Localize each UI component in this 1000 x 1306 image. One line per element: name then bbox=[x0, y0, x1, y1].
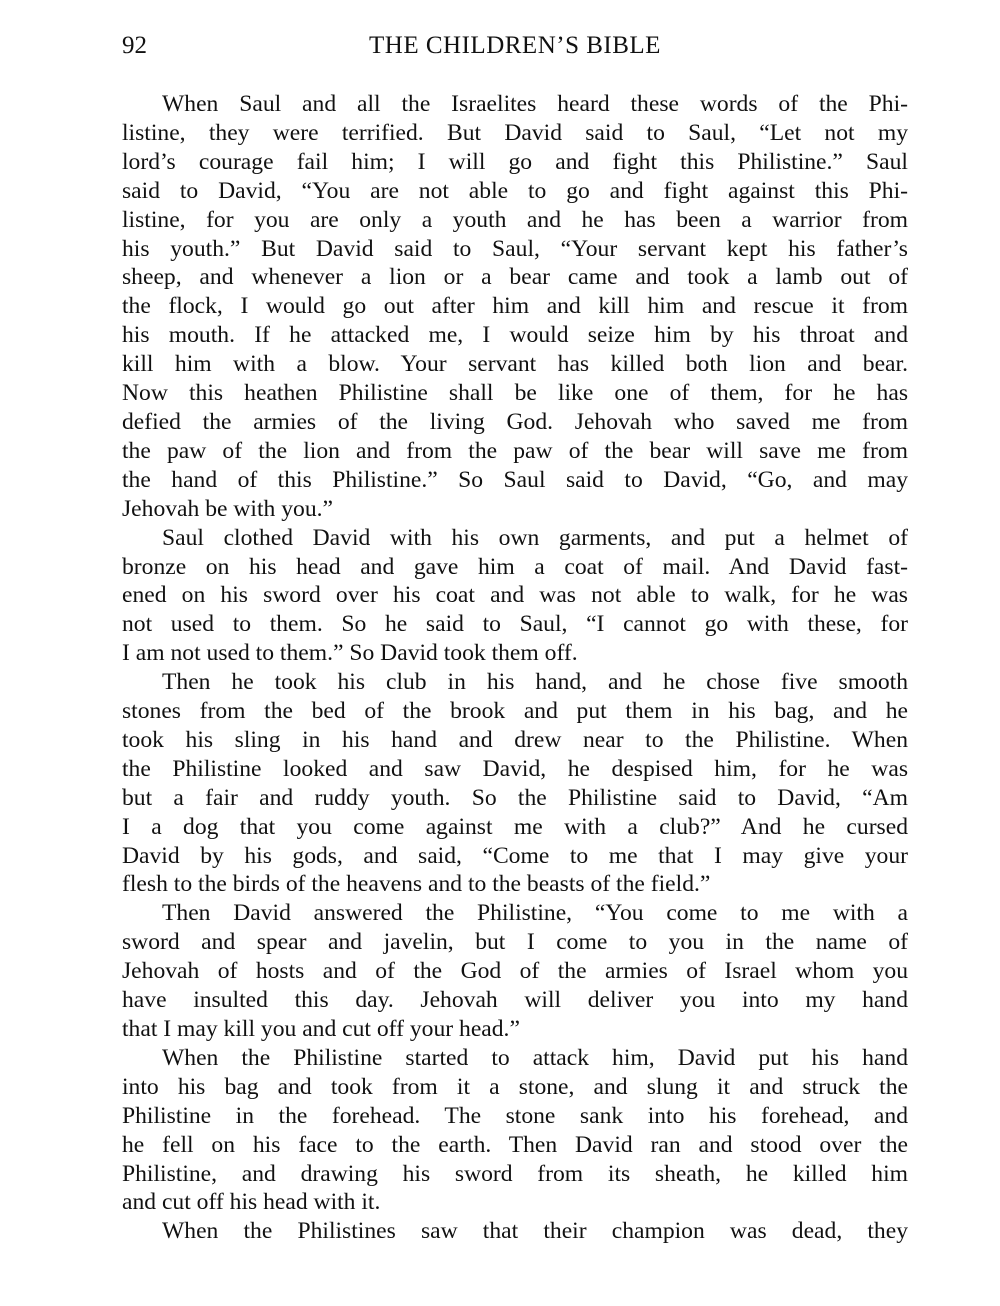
paragraph: When the Philistines saw that their cham… bbox=[122, 1217, 908, 1246]
text-line: listine, for you are only a youth and he… bbox=[122, 206, 908, 235]
text-line: into his bag and took from it a stone, a… bbox=[122, 1073, 908, 1102]
text-line: When Saul and all the Israelites heard t… bbox=[122, 90, 908, 119]
running-title: THE CHILDREN’S BIBLE bbox=[122, 32, 908, 60]
paragraph: Then David answered the Philistine, “You… bbox=[122, 899, 908, 1044]
text-line: kill him with a blow. Your servant has k… bbox=[122, 350, 908, 379]
paragraph: Saul clothed David with his own garments… bbox=[122, 524, 908, 669]
text-line: When the Philistine started to attack hi… bbox=[122, 1044, 908, 1073]
text-line: the Philistine looked and saw David, he … bbox=[122, 755, 908, 784]
text-line: stones from the bed of the brook and put… bbox=[122, 697, 908, 726]
paragraph: When the Philistine started to attack hi… bbox=[122, 1044, 908, 1217]
text-line: Saul clothed David with his own garments… bbox=[122, 524, 908, 553]
book-page: 92 THE CHILDREN’S BIBLE When Saul and al… bbox=[122, 30, 908, 1246]
text-line: defied the armies of the living God. Jeh… bbox=[122, 408, 908, 437]
text-line: ened on his sword over his coat and was … bbox=[122, 581, 908, 610]
text-line: Then he took his club in his hand, and h… bbox=[122, 668, 908, 697]
text-line: he fell on his face to the earth. Then D… bbox=[122, 1131, 908, 1160]
text-line: listine, they were terrified. But David … bbox=[122, 119, 908, 148]
paragraph: When Saul and all the Israelites heard t… bbox=[122, 90, 908, 524]
text-line: flesh to the birds of the heavens and to… bbox=[122, 870, 908, 899]
text-line: and cut off his head with it. bbox=[122, 1188, 908, 1217]
text-line: said to David, “You are not able to go a… bbox=[122, 177, 908, 206]
text-line: I a dog that you come against me with a … bbox=[122, 813, 908, 842]
text-line: Philistine, and drawing his sword from i… bbox=[122, 1160, 908, 1189]
text-line: I am not used to them.” So David took th… bbox=[122, 639, 908, 668]
text-line: When the Philistines saw that their cham… bbox=[122, 1217, 908, 1246]
text-line: David by his gods, and said, “Come to me… bbox=[122, 842, 908, 871]
text-line: sheep, and whenever a lion or a bear cam… bbox=[122, 263, 908, 292]
text-line: the paw of the lion and from the paw of … bbox=[122, 437, 908, 466]
text-line: Jehovah be with you.” bbox=[122, 495, 908, 524]
page-header: 92 THE CHILDREN’S BIBLE bbox=[122, 30, 908, 70]
text-line: his mouth. If he attacked me, I would se… bbox=[122, 321, 908, 350]
text-line: the flock, I would go out after him and … bbox=[122, 292, 908, 321]
text-line: Philistine in the forehead. The stone sa… bbox=[122, 1102, 908, 1131]
text-line: took his sling in his hand and drew near… bbox=[122, 726, 908, 755]
text-line: have insulted this day. Jehovah will del… bbox=[122, 986, 908, 1015]
body-text: When Saul and all the Israelites heard t… bbox=[122, 90, 908, 1246]
text-line: Then David answered the Philistine, “You… bbox=[122, 899, 908, 928]
text-line: lord’s courage fail him; I will go and f… bbox=[122, 148, 908, 177]
text-line: Now this heathen Philistine shall be lik… bbox=[122, 379, 908, 408]
paragraph: Then he took his club in his hand, and h… bbox=[122, 668, 908, 899]
text-line: bronze on his head and gave him a coat o… bbox=[122, 553, 908, 582]
text-line: not used to them. So he said to Saul, “I… bbox=[122, 610, 908, 639]
text-line: that I may kill you and cut off your hea… bbox=[122, 1015, 908, 1044]
text-line: his youth.” But David said to Saul, “You… bbox=[122, 235, 908, 264]
text-line: Jehovah of hosts and of the God of the a… bbox=[122, 957, 908, 986]
text-line: sword and spear and javelin, but I come … bbox=[122, 928, 908, 957]
text-line: but a fair and ruddy youth. So the Phili… bbox=[122, 784, 908, 813]
text-line: the hand of this Philistine.” So Saul sa… bbox=[122, 466, 908, 495]
